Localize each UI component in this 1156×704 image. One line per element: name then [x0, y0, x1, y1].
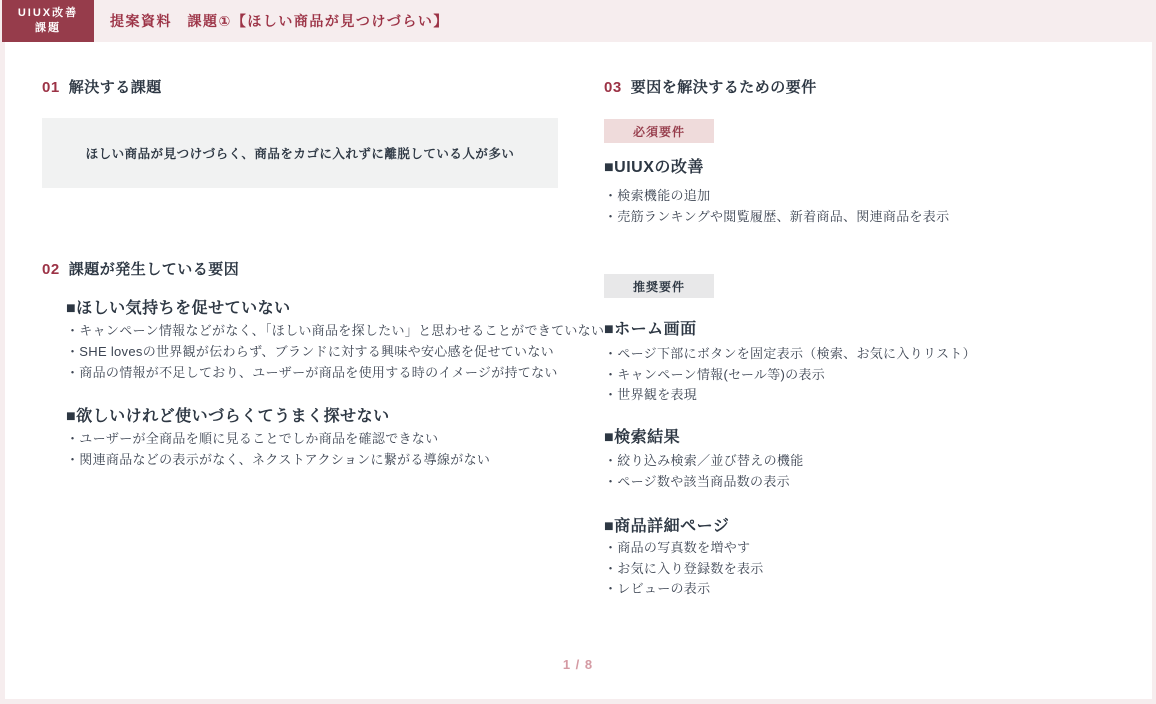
list-item: ・ページ下部にボタンを固定表示（検索、お気に入りリスト）: [604, 344, 976, 365]
requirement-group-uiux-items: ・検索機能の追加 ・売筋ランキングや閲覧履歴、新着商品、関連商品を表示: [604, 186, 949, 227]
requirement-group-search-heading: ■検索結果: [604, 424, 680, 447]
slide-page: { "header": { "badge_line1": "UIUX改善", "…: [0, 0, 1156, 704]
section-03-number: 03: [604, 79, 622, 96]
section-03-heading: 03 要因を解決するための要件: [604, 76, 817, 97]
badge-line-2: 課題: [35, 21, 61, 36]
requirement-group-search-items: ・絞り込み検索／並び替えの機能 ・ページ数や該当商品数の表示: [604, 451, 804, 492]
requirement-group-home-heading: ■ホーム画面: [604, 316, 697, 339]
list-item: ・世界観を表現: [604, 385, 976, 406]
list-item: ・絞り込み検索／並び替えの機能: [604, 451, 804, 472]
problem-statement-box: ほしい商品が見つけづらく、商品をカゴに入れずに離脱している人が多い: [42, 118, 558, 188]
list-item: ・お気に入り登録数を表示: [604, 559, 764, 580]
section-01-heading: 01 解決する課題: [42, 76, 162, 97]
requirement-group-home-items: ・ページ下部にボタンを固定表示（検索、お気に入りリスト） ・キャンペーン情報(セ…: [604, 344, 976, 406]
required-requirements-badge: 必須要件: [604, 119, 714, 143]
requirement-group-detail-items: ・商品の写真数を増やす ・お気に入り登録数を表示 ・レビューの表示: [604, 538, 764, 600]
header-bar: UIUX改善 課題 提案資料 課題①【ほしい商品が見つけづらい】: [0, 0, 1156, 42]
requirement-group-detail-heading: ■商品詳細ページ: [604, 513, 729, 536]
list-item: ・レビューの表示: [604, 579, 764, 600]
list-item: ・商品の写真数を増やす: [604, 538, 764, 559]
list-item: ・SHE lovesの世界観が伝わらず、ブランドに対する興味や安心感を促せていな…: [66, 341, 604, 362]
page-indicator: 1 / 8: [0, 657, 1156, 672]
slide-category-badge: UIUX改善 課題: [2, 0, 94, 42]
section-02-heading: 02 課題が発生している要因: [42, 258, 239, 279]
cause-group-2-heading: ■欲しいけれど使いづらくてうまく探せない: [66, 403, 390, 426]
section-01-title: 解決する課題: [69, 76, 162, 97]
list-item: ・関連商品などの表示がなく、ネクストアクションに繋がる導線がない: [66, 449, 490, 470]
list-item: ・ページ数や該当商品数の表示: [604, 472, 804, 493]
list-item: ・キャンペーン情報などがなく、「ほしい商品を探したい」と思わせることができていな…: [66, 320, 604, 341]
cause-group-1-items: ・キャンペーン情報などがなく、「ほしい商品を探したい」と思わせることができていな…: [66, 320, 604, 383]
recommended-requirements-badge: 推奨要件: [604, 274, 714, 298]
list-item: ・検索機能の追加: [604, 186, 949, 207]
list-item: ・ユーザーが全商品を順に見ることでしか商品を確認できない: [66, 428, 490, 449]
section-02-title: 課題が発生している要因: [69, 258, 240, 279]
list-item: ・商品の情報が不足しており、ユーザーが商品を使用する時のイメージが持てない: [66, 362, 604, 383]
list-item: ・売筋ランキングや閲覧履歴、新着商品、関連商品を表示: [604, 207, 949, 228]
list-item: ・キャンペーン情報(セール等)の表示: [604, 365, 976, 386]
cause-group-2-items: ・ユーザーが全商品を順に見ることでしか商品を確認できない ・関連商品などの表示が…: [66, 428, 490, 470]
problem-statement-text: ほしい商品が見つけづらく、商品をカゴに入れずに離脱している人が多い: [86, 144, 515, 162]
slide-title: 提案資料 課題①【ほしい商品が見つけづらい】: [110, 0, 449, 42]
section-01-number: 01: [42, 79, 60, 96]
requirement-group-uiux-heading: ■UIUXの改善: [604, 154, 704, 177]
cause-group-1-heading: ■ほしい気持ちを促せていない: [66, 295, 291, 318]
section-02-number: 02: [42, 261, 60, 278]
section-03-title: 要因を解決するための要件: [631, 76, 817, 97]
badge-line-1: UIUX改善: [18, 6, 78, 21]
